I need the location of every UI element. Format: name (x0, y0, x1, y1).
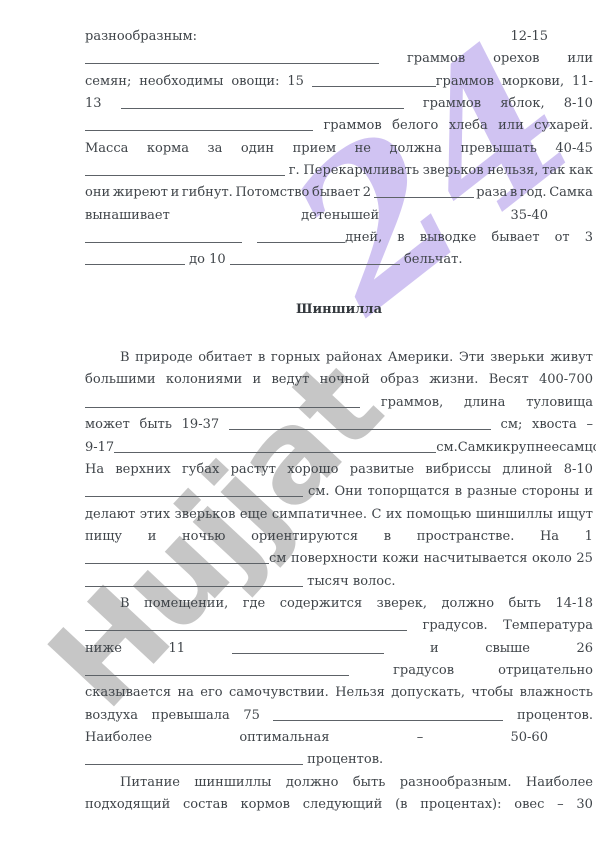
document-line: 13граммовяблок,8-10 (85, 93, 593, 115)
fill-in-blank (85, 551, 269, 564)
text-token: самцов. (559, 437, 596, 459)
text-token: орехов (493, 48, 539, 70)
text-token: бельчат. (404, 252, 463, 267)
text-token: Америки. (388, 347, 454, 369)
text-token: где (243, 593, 266, 615)
fill-in-blank-token (230, 252, 400, 267)
text-token: быть (509, 593, 541, 615)
text-token: превышала (152, 705, 230, 727)
fill-in-blank-token (85, 48, 379, 70)
text-token: или (498, 115, 524, 137)
fill-in-blank-token (121, 93, 404, 115)
fill-in-blank (232, 641, 384, 654)
text-token: овощи: (231, 71, 279, 93)
text-token: Самка (549, 182, 593, 204)
text-token: 11 (168, 638, 185, 660)
text-token: сказывается (85, 682, 171, 704)
text-token: или (567, 48, 593, 70)
text-token: прием (293, 138, 336, 160)
document-line: воздухапревышала75процентов. (85, 705, 593, 727)
document-line: смповерхностикожинасчитываетсяоколо25 (85, 548, 593, 570)
text-token: поверхности (291, 548, 378, 570)
text-token: семян; (85, 71, 131, 93)
text-token: обитает (198, 347, 252, 369)
text-token: Самки (458, 437, 503, 459)
text-token: граммов (323, 115, 381, 137)
text-token: год. (520, 182, 547, 204)
text-token: овес (514, 794, 544, 816)
text-token: тысяч (307, 574, 349, 589)
fill-in-blank (85, 252, 185, 265)
text-token: длиной (502, 459, 552, 481)
text-token: один (241, 138, 274, 160)
document-line: онижиреютигибнут.Потомствобывает2разавго… (85, 182, 593, 204)
document-line: тысяч волос. (85, 571, 593, 593)
text-token: и (584, 481, 593, 503)
text-token: 40-45 (555, 138, 592, 160)
text-token: стороны (522, 481, 579, 503)
text-token: разнообразным: (85, 26, 197, 48)
text-token: В (120, 347, 130, 369)
section-heading: Шиншилла (85, 299, 593, 321)
text-token: 3 (585, 227, 593, 249)
fill-in-blank-token (232, 638, 384, 660)
text-token: хвоста (532, 414, 577, 436)
text-token: вынашивает (85, 205, 170, 227)
text-token: от (555, 227, 570, 249)
text-token: (в (395, 794, 407, 816)
blank-with-text: дней, (257, 227, 382, 249)
text-token: Они (334, 481, 362, 503)
text-token: выводке (420, 227, 477, 249)
text-token: может (85, 414, 130, 436)
document-line: Питаниешиншиллыдолжнобытьразнообразным.Н… (85, 772, 593, 794)
text-token: – (417, 727, 424, 749)
text-token: жизни. (429, 369, 478, 391)
text-token: этих (140, 504, 170, 526)
fill-in-blank (85, 618, 407, 631)
fill-in-blank-token (85, 574, 303, 589)
text-token: развитые (350, 459, 414, 481)
text-token: 13 (85, 93, 102, 115)
text-token: воздуха (85, 705, 138, 727)
text-token: В (120, 593, 130, 615)
fill-in-blank-token (85, 392, 360, 414)
text-token: граммов, (381, 392, 443, 414)
text-token: разные (467, 481, 517, 503)
fill-in-blank-token (85, 227, 242, 249)
paragraph-spacer (85, 321, 593, 347)
text-token: зверек, (377, 593, 427, 615)
document-line: граммовбелогохлебаилисухарей. (85, 115, 593, 137)
text-token: в (510, 182, 517, 204)
text-token: горных (271, 347, 320, 369)
text-token: шиншиллы (476, 504, 553, 526)
document-line: разнообразным:12-15 (85, 26, 593, 48)
text-token: 10 (209, 252, 226, 267)
fill-in-blank (85, 752, 303, 765)
text-token: допускать, (391, 682, 465, 704)
fill-in-blank (85, 51, 379, 64)
text-token: бывает (491, 227, 539, 249)
text-token: зверьков (423, 160, 484, 182)
text-token: процентов. (517, 705, 593, 727)
document-line: 9-17см.Самкикрупнеесамцов. (85, 437, 593, 459)
document-body: разнообразным:12-15граммовореховилисемян… (0, 0, 596, 816)
text-token: и (171, 182, 180, 204)
text-token: процентов. (307, 752, 383, 767)
text-token: кожи (382, 548, 419, 570)
text-token: гибнут. (182, 182, 233, 204)
text-token: жиреют (113, 182, 168, 204)
text-token: за (208, 138, 223, 160)
text-token: 35-40 (511, 205, 548, 227)
text-token: бывает (312, 182, 360, 204)
text-token: помещении, (144, 593, 228, 615)
text-token: сухарей. (534, 115, 593, 137)
text-token: ночью (182, 526, 225, 548)
document-line: дней,ввыводкебываетот3 (85, 227, 593, 249)
text-token: хорошо (287, 459, 338, 481)
text-token: помощью (406, 504, 471, 526)
text-token: 30 (576, 794, 593, 816)
text-token: образ (380, 369, 419, 391)
text-token: ищут (557, 504, 593, 526)
document-line: граммовореховили (85, 48, 593, 70)
text-token: Масса (85, 138, 128, 160)
document-line: до 10 бельчат. (85, 249, 593, 271)
text-token: ориентируются (251, 526, 358, 548)
text-token: 8-10 (564, 93, 593, 115)
text-token: отрицательно (498, 660, 593, 682)
fill-in-blank-token (85, 115, 313, 137)
document-line: делаютэтихзверьковещесимпатичнее.Сихпомо… (85, 504, 593, 526)
text-token: На (85, 459, 104, 481)
text-token: его (200, 682, 222, 704)
text-token: 19-37 (182, 414, 219, 436)
document-line: вынашиваетдетенышей35-40 (85, 205, 593, 227)
text-token: туловища (526, 392, 593, 414)
text-token: 9-17 (85, 437, 114, 459)
text-token: пищу (85, 526, 122, 548)
text-token: 14-18 (555, 593, 592, 615)
text-token: состав (183, 794, 228, 816)
text-token: содержится (280, 593, 362, 615)
text-token: см. (308, 481, 330, 503)
text-token: вибриссы (425, 459, 491, 481)
text-token: 11- (572, 71, 593, 93)
text-token: Питание (120, 772, 180, 794)
text-token: растут (231, 459, 276, 481)
text-token: 8-10 (564, 459, 593, 481)
text-token: длина (464, 392, 505, 414)
text-token: верхних (115, 459, 170, 481)
text-token: зверьков (175, 504, 236, 526)
text-token: Весят (489, 369, 529, 391)
text-token: Эти (459, 347, 485, 369)
blank-with-text: граммов (312, 71, 494, 93)
fill-in-blank (257, 230, 345, 243)
paragraph-spacer (85, 272, 593, 299)
blank-with-text: см (85, 548, 286, 570)
fill-in-blank (85, 663, 349, 676)
text-token: природе (135, 347, 193, 369)
document-line: Впомещении,гдесодержитсязверек,должнобыт… (85, 593, 593, 615)
fill-in-blank (85, 484, 303, 497)
document-line: подходящийсоставкормовследующий(впроцент… (85, 794, 593, 816)
document-line: см.Онитопорщатсявразныестороныи (85, 481, 593, 503)
document-line: можетбыть19-37см;хвоста– (85, 414, 593, 436)
text-token: около (532, 548, 572, 570)
text-token: граммов (407, 48, 465, 70)
text-token: в (258, 347, 265, 369)
text-token: см; (501, 414, 523, 436)
text-token: волос. (353, 574, 396, 589)
text-token: яблок, (500, 93, 544, 115)
text-token: см. (436, 437, 458, 459)
text-token: быть (140, 414, 172, 436)
text-token: и (148, 526, 157, 548)
text-token: быть (353, 772, 385, 794)
document-line: семян;необходимыовощи:15граммовморкови,1… (85, 71, 593, 93)
text-token: г. (289, 160, 300, 182)
text-token: их (386, 504, 402, 526)
text-token: 75 (243, 705, 260, 727)
text-token: должно (442, 593, 495, 615)
fill-in-blank-token (229, 414, 491, 436)
text-token: 26 (576, 638, 593, 660)
text-token: превышать (460, 138, 536, 160)
fill-in-blank (312, 74, 436, 87)
fill-in-blank (273, 708, 503, 721)
text-token: 25 (576, 548, 593, 570)
text-token: 15 (287, 71, 304, 93)
text-token: в (455, 481, 462, 503)
text-token: большими (85, 369, 156, 391)
text-token: чтобы (471, 682, 513, 704)
document-line: граммов,длинатуловища (85, 392, 593, 414)
text-token: 2 (363, 182, 371, 204)
document-line: Наверхнихгубахрастутхорошоразвитыевибрис… (85, 459, 593, 481)
text-token: – (557, 794, 564, 816)
text-token: Температура (503, 615, 593, 637)
text-token: На (540, 526, 559, 548)
document-line: ниже11исвыше26 (85, 638, 593, 660)
fill-in-blank (85, 574, 303, 587)
text-token: свыше (485, 638, 530, 660)
text-token: Нельзя (335, 682, 385, 704)
text-token: они (85, 182, 110, 204)
fill-in-blank-token (85, 660, 349, 682)
text-token: корма (147, 138, 189, 160)
fill-in-blank-token (85, 481, 303, 503)
document-line: большимиколониямииведутночнойобразжизни.… (85, 369, 593, 391)
text-token: губах (182, 459, 219, 481)
document-line: градусовотрицательно (85, 660, 593, 682)
fill-in-blank-token (114, 437, 436, 459)
text-token: ночной (320, 369, 370, 391)
text-token: в (397, 227, 404, 249)
text-token: районах (326, 347, 382, 369)
document-line: пищуиночьюориентируютсявпространстве.На1 (85, 526, 593, 548)
text-token: 400-700 (539, 369, 593, 391)
text-token: как (569, 160, 593, 182)
text-token: ниже (85, 638, 122, 660)
text-token: ведут (271, 369, 309, 391)
text-token: насчитывается (423, 548, 527, 570)
fill-in-blank-token (374, 182, 474, 204)
text-token: симпатичнее. (272, 504, 367, 526)
text-token: живут (550, 347, 593, 369)
text-token: в (384, 526, 391, 548)
text-token: до (189, 252, 205, 267)
text-token: белого (392, 115, 438, 137)
document-line: градусов.Температура (85, 615, 593, 637)
text-token: разнообразным. (400, 772, 512, 794)
text-token: и (252, 369, 261, 391)
text-token: граммов (423, 93, 481, 115)
text-token: должно (286, 772, 339, 794)
text-token: колониями (166, 369, 242, 391)
text-token: С (371, 504, 381, 526)
document-page: Hujjat 24 разнообразным:12-15граммоворех… (0, 0, 596, 842)
fill-in-blank (230, 252, 400, 265)
fill-in-blank-token (85, 615, 407, 637)
text-token: пространстве. (417, 526, 515, 548)
text-token: кормов (240, 794, 290, 816)
document-line: процентов. (85, 749, 593, 771)
text-token: Наиболее (85, 727, 152, 749)
document-line: Наиболееоптимальная–50-60 (85, 727, 593, 749)
fill-in-blank-token (85, 752, 303, 767)
text-token: подходящий (85, 794, 170, 816)
text-token: крупнее (502, 437, 559, 459)
text-token: Потомство (235, 182, 309, 204)
text-token: следующий (303, 794, 383, 816)
fill-in-blank (114, 440, 436, 453)
text-token: процентах): (420, 794, 501, 816)
text-token: должна (389, 138, 441, 160)
text-token: градусов. (423, 615, 488, 637)
fill-in-blank-token (273, 705, 503, 727)
text-token: так (542, 160, 565, 182)
text-token: на (177, 682, 193, 704)
text-token: влажность (520, 682, 593, 704)
text-token: моркови, (502, 71, 564, 93)
text-token: не (355, 138, 371, 160)
fill-in-blank (85, 118, 313, 131)
fill-in-blank-token (85, 252, 185, 267)
text-token: необходимы (139, 71, 223, 93)
text-token: 1 (585, 526, 593, 548)
text-token: Перекармливать (303, 160, 419, 182)
text-token: делают (85, 504, 135, 526)
text-token: и (430, 638, 439, 660)
text-token: оптимальная (239, 727, 329, 749)
text-token: шиншиллы (194, 772, 271, 794)
text-token: градусов (393, 660, 454, 682)
fill-in-blank-token (85, 160, 285, 182)
text-token: детенышей (301, 205, 379, 227)
document-line: Массакормазаодинприемнедолжнапревышать40… (85, 138, 593, 160)
text-token: Наиболее (526, 772, 593, 794)
text-token: самочувствии. (229, 682, 329, 704)
text-token: раза (476, 182, 507, 204)
text-token: 12-15 (511, 26, 548, 48)
fill-in-blank (85, 395, 360, 408)
text-token: топорщатся (367, 481, 449, 503)
text-token: зверьки (490, 347, 544, 369)
text-token: – (586, 414, 593, 436)
text-token: нельзя, (487, 160, 538, 182)
fill-in-blank (85, 163, 285, 176)
fill-in-blank (85, 230, 242, 243)
text-token: 50-60 (510, 727, 547, 749)
text-token: хлеба (449, 115, 488, 137)
document-line: г.Перекармливатьзверьковнельзя,таккак (85, 160, 593, 182)
text-token: еще (240, 504, 267, 526)
fill-in-blank (121, 96, 404, 109)
fill-in-blank (374, 185, 474, 198)
document-line: ВприродеобитаетвгорныхрайонахАмерики.Эти… (85, 347, 593, 369)
fill-in-blank (229, 417, 491, 430)
document-line: сказываетсянаегосамочувствии.Нельзядопус… (85, 682, 593, 704)
